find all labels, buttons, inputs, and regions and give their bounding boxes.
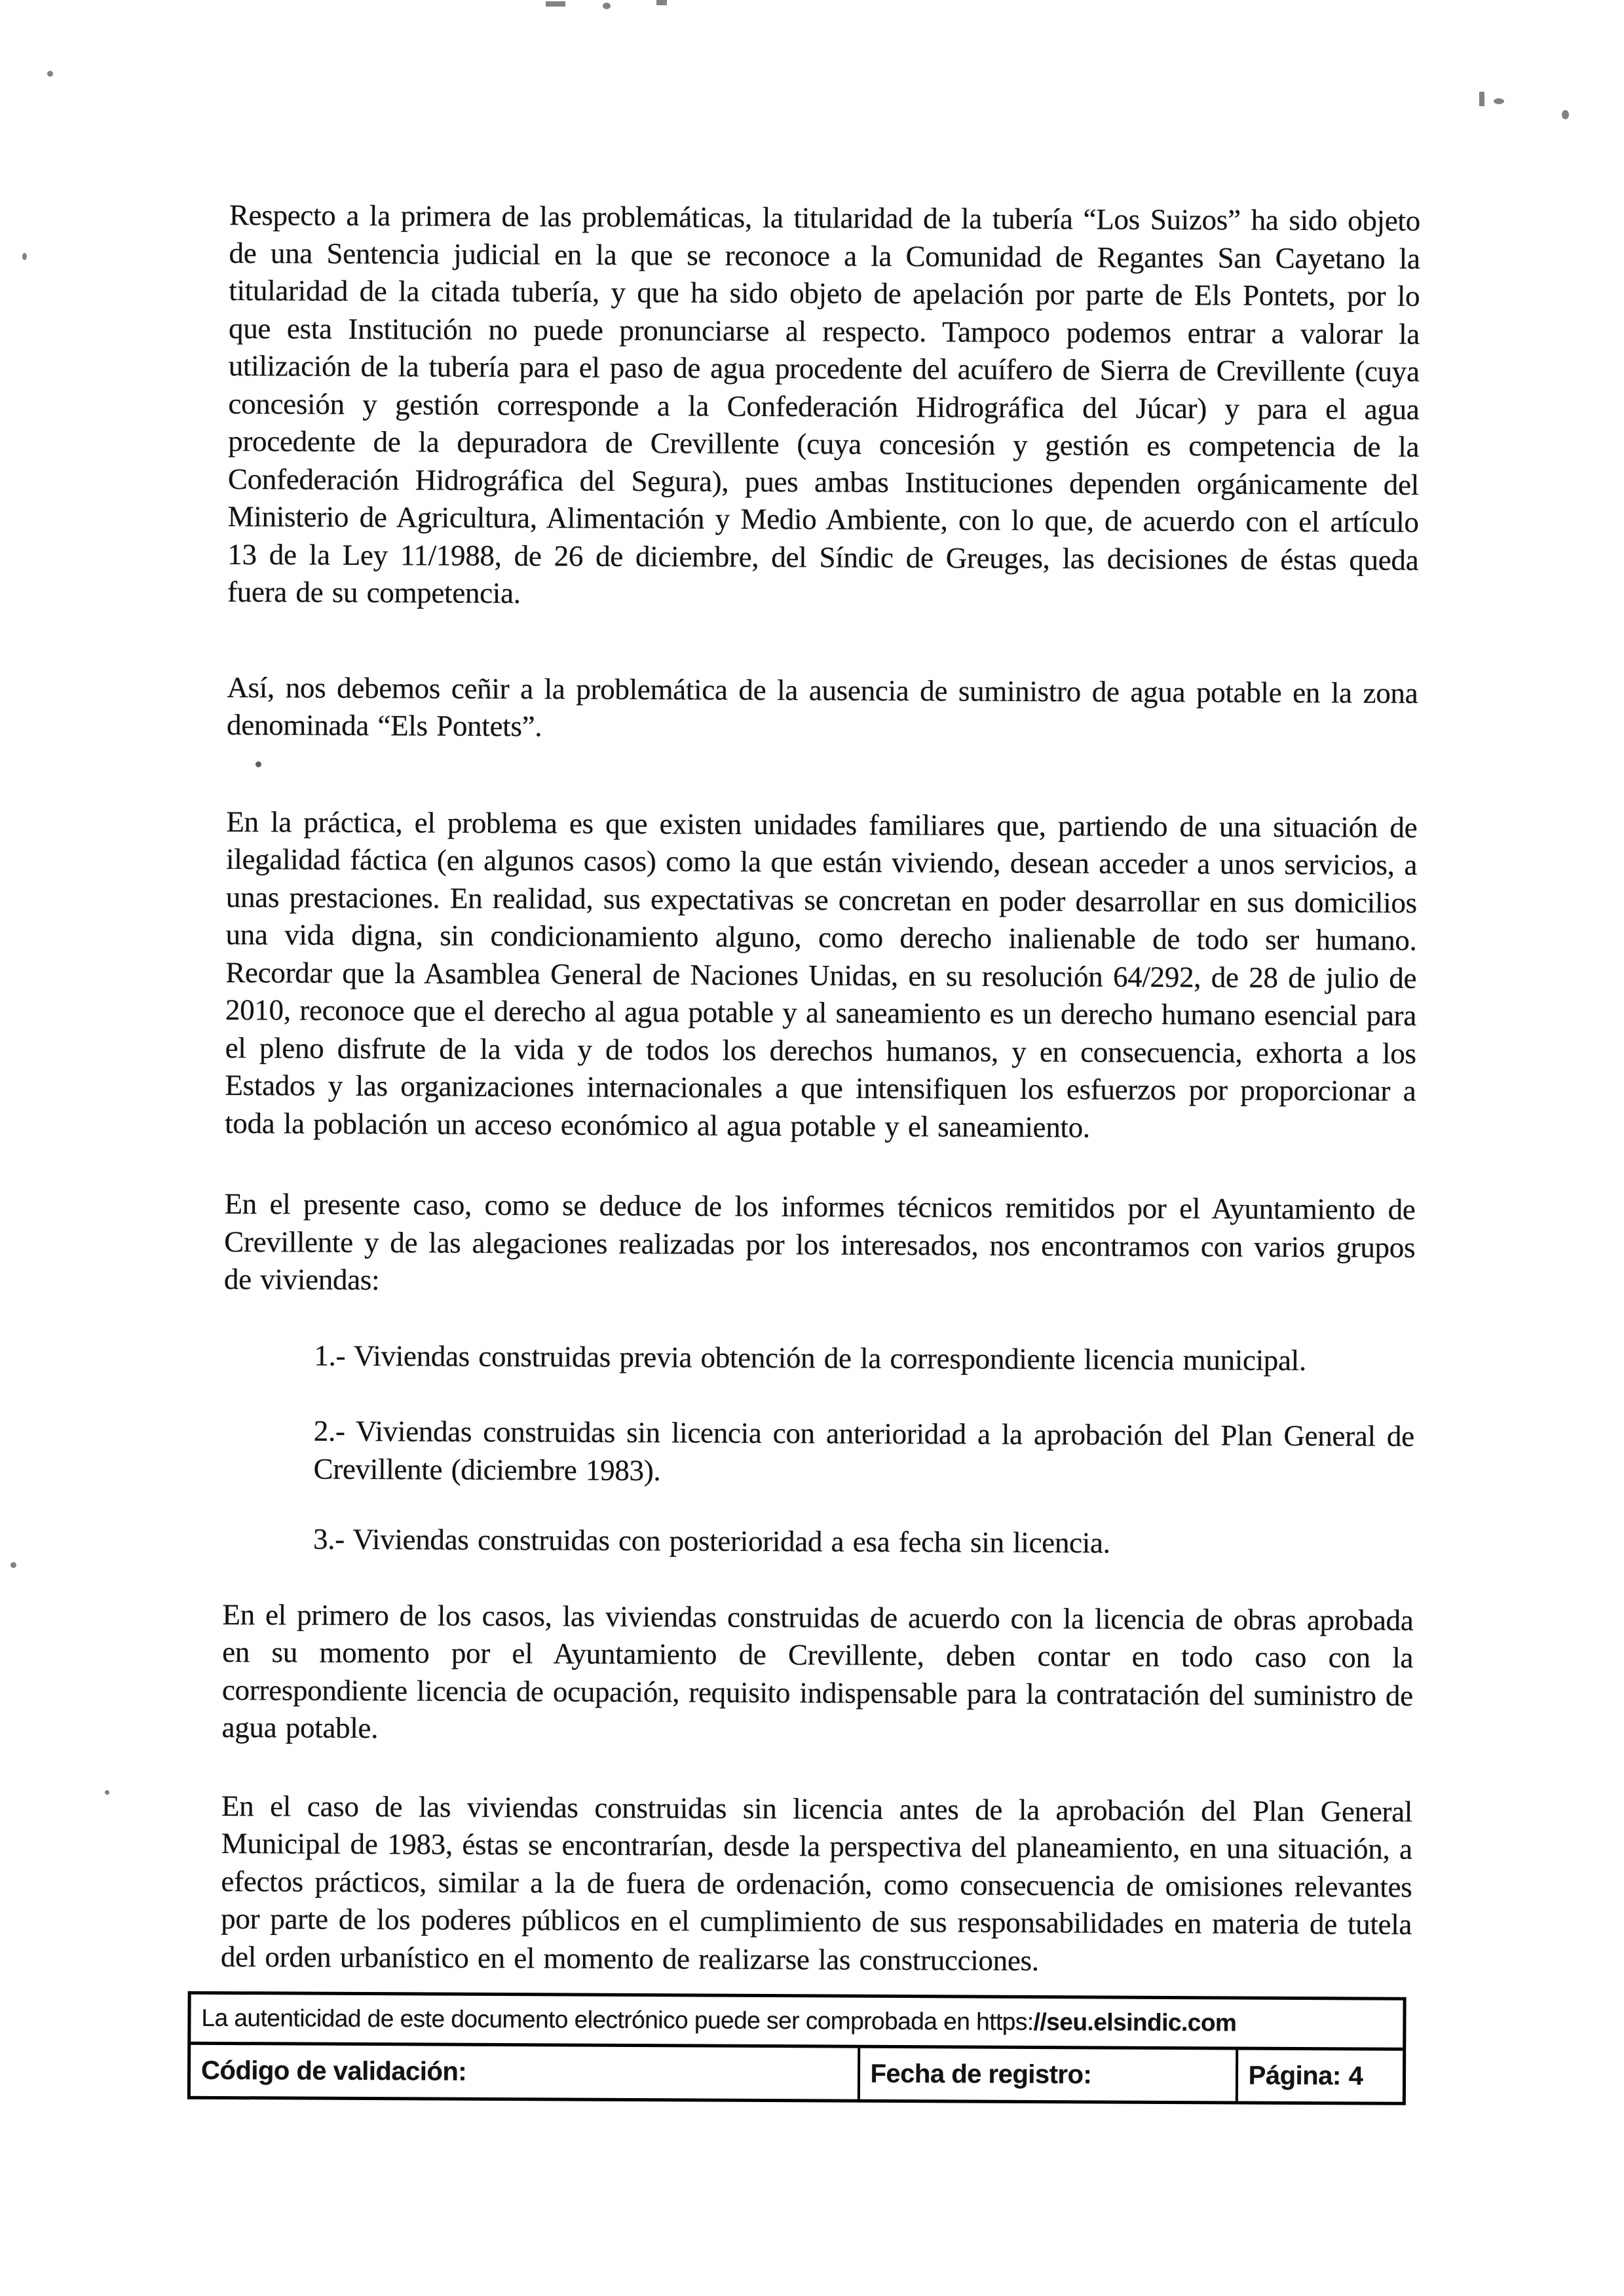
- authenticity-row: La autenticidad de este documento electr…: [191, 1995, 1403, 2051]
- body-text: Respecto a la primera de las problemátic…: [0, 0, 1624, 2106]
- registration-date-cell: Fecha de registro:: [857, 2048, 1236, 2101]
- numbered-item-3: 3.- Viviendas construidas con posteriori…: [313, 1521, 1414, 1564]
- paragraph-licencia-ocupacion: En el primero de los casos, las vivienda…: [221, 1596, 1413, 1752]
- footer-meta-row: Código de validación: Fecha de registro:…: [191, 2045, 1403, 2102]
- paragraph-derecho-agua: En la práctica, el problema es que exist…: [225, 803, 1418, 1147]
- registration-label: Fecha de registro:: [870, 2059, 1091, 2090]
- numbered-item-1: 1.- Viviendas construidas previa obtenci…: [314, 1337, 1414, 1380]
- authenticity-url: //seu.elsindic.com: [1034, 2008, 1237, 2037]
- paragraph-grupos-viviendas: En el presente caso, como se deduce de l…: [224, 1185, 1416, 1304]
- authenticity-text: La autenticidad de este documento electr…: [201, 2004, 1033, 2036]
- paragraph-ambito-els-pontets: Así, nos debemos ceñir a la problemática…: [227, 668, 1418, 750]
- paragraph-tuberia-titularidad: Respecto a la primera de las problemátic…: [227, 197, 1420, 617]
- validation-code-cell: Código de validación:: [191, 2045, 858, 2099]
- document-page: Respecto a la primera de las problemátic…: [0, 0, 1624, 2296]
- footer-table: La autenticidad de este documento electr…: [187, 1991, 1407, 2105]
- page-number-cell: Página:4: [1236, 2050, 1403, 2102]
- paragraph-fuera-ordenacion: En el caso de las viviendas construidas …: [221, 1787, 1412, 1981]
- page-label: Página:: [1249, 2061, 1341, 2091]
- validation-label: Código de validación:: [201, 2056, 466, 2086]
- page-number: 4: [1349, 2061, 1363, 2091]
- scanned-content: Respecto a la primera de las problemátic…: [0, 0, 1624, 2106]
- numbered-item-2: 2.- Viviendas construidas sin licencia c…: [313, 1413, 1414, 1493]
